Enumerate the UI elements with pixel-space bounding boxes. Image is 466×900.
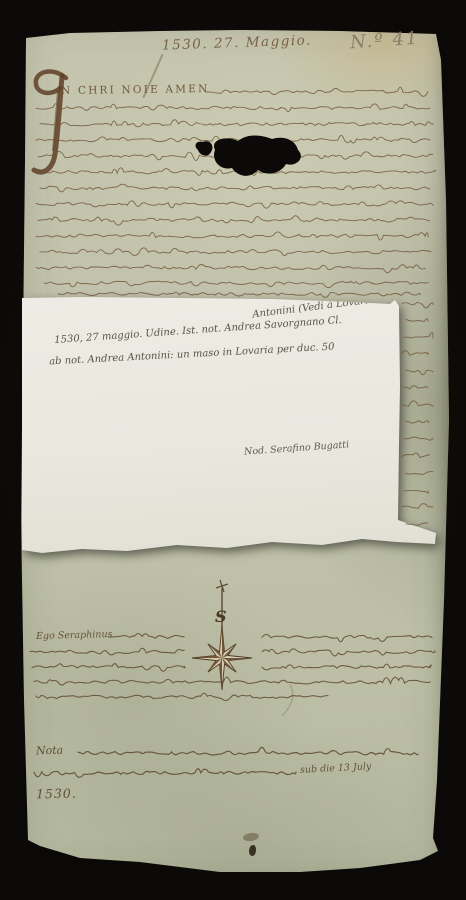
signum-letter-S: S [215,607,227,626]
subscription-opening: Ego Seraphinus [36,629,113,642]
notary-signum: S [192,580,252,690]
photo-background: 1530. 27. Maggio. N.º 41 N CHRI NOIE AME… [0,0,466,900]
lower-script-and-signum: S [0,0,466,900]
cancellation-note-opening: Nota [36,744,64,758]
cancellation-year: 1530. [36,786,77,802]
faint-pen-arc [282,684,293,716]
